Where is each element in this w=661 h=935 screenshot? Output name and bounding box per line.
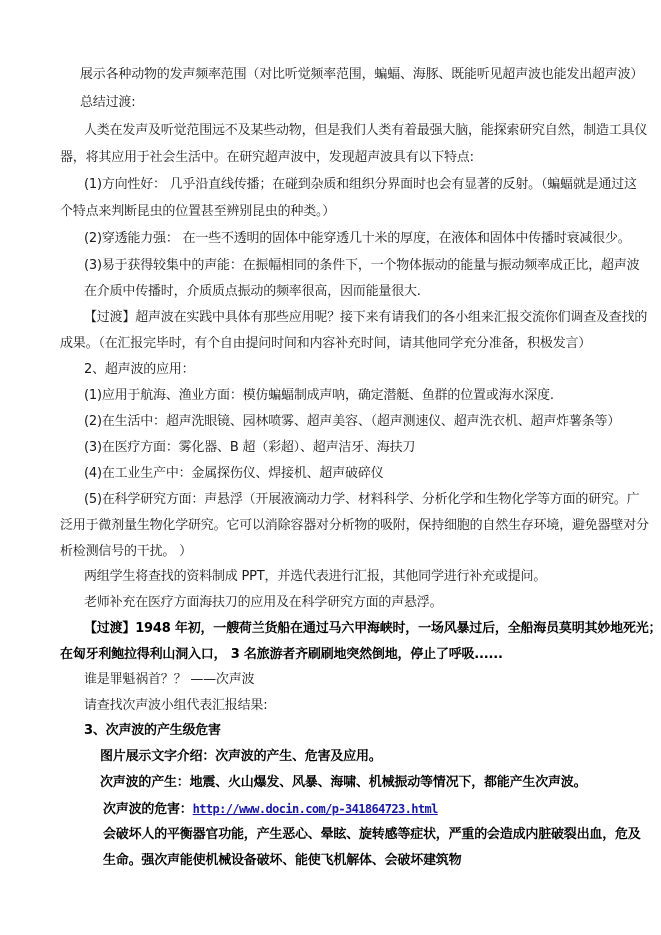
text-line: 3、次声波的产生级危害 <box>84 723 221 739</box>
text-line: 展示各种动物的发声频率范围（对比听觉频率范围，蝙蝠、海豚、既能听见超声波也能发出… <box>80 67 643 83</box>
text-line: 会破坏人的平衡器官功能，产生恶心、晕眩、旋转感等症状，严重的会造成内脏破裂出血，… <box>103 827 641 843</box>
text-line: 析检测信号的干扰。 ） <box>60 544 192 560</box>
text-line: 两组学生将查找的资料制成 PPT，并选代表进行汇报，其他同学进行补充或提问。 <box>84 569 546 585</box>
text-line: 次声波的产生：地震、火山爆发、风暴、海啸、机械振动等情况下，都能产生次声波。 <box>100 775 586 791</box>
text-line: (1)应用于航海、渔业方面：模仿蝙蝠制成声呐，确定潜艇、鱼群的位置或海水深度. <box>84 388 554 404</box>
text-line: 人类在发声及听觉范围远不及某些动物，但是我们人类有着最强大脑，能探索研究自然，制… <box>84 123 647 139</box>
text-line: (5)在科学研究方面：声悬浮（开展液滴动力学、材料科学、分析化学和生物化学等方面… <box>84 492 639 508</box>
text-line: (4)在工业生产中：金属探伤仪、焊接机、超声破碎仪 <box>84 466 383 482</box>
text-line: 谁是罪魁祸首？？ ——次声波 <box>84 672 254 688</box>
text-line: 器，将其应用于社会生活中。在研究超声波中，发现超声波具有以下特点: <box>60 150 474 166</box>
text-line: 生命。强次声能使机械设备破坏、能使飞机解体、会破坏建筑物 <box>103 853 461 869</box>
text-line: (3)易于获得较集中的声能：在振幅相同的条件下，一个物体振动的能量与振动频率成正… <box>84 258 639 274</box>
document-page: 展示各种动物的发声频率范围（对比听觉频率范围，蝙蝠、海豚、既能听见超声波也能发出… <box>0 0 661 935</box>
text-line: 老师补充在医疗方面海扶刀的应用及在科学研究方面的声悬浮。 <box>84 595 442 611</box>
text-line: (1)方向性好： 几乎沿直线传播；在碰到杂质和组织分界面时也会有显著的反射。（蝙… <box>84 177 637 193</box>
text-line: (2)在生活中：超声洗眼镜、园林喷雾、超声美容、（超声测速仪、超声洗衣机、超声炸… <box>84 414 620 430</box>
text-line: 【过渡】1948 年初，一艘荷兰货船在通过马六甲海峡时，一场风暴过后，全船海员莫… <box>84 621 661 637</box>
text-line: 在介质中传播时，介质质点振动的频率很高，因而能量很大. <box>84 284 421 300</box>
text-line: 个特点来判断昆虫的位置甚至辨别昆虫的种类。） <box>60 204 335 220</box>
text-line: 2、超声波的应用： <box>84 362 194 378</box>
reference-link[interactable]: http://www.docin.com/p-341864723.html <box>193 802 438 816</box>
text-line: 图片展示文字介绍：次声波的产生、危害及应用。 <box>100 749 382 765</box>
text-line: 成果。（在汇报完毕时，有个自由提问时间和内容补充时间，请其他同学充分准备，积极发… <box>60 336 591 352</box>
hazard-label: 次声波的危害： <box>103 802 193 817</box>
text-line: 泛用于微剂量生物化学研究。它可以消除容器对分析物的吸附，保持细胞的自然生存环境，… <box>60 518 649 534</box>
text-line: 总结过渡: <box>80 95 135 111</box>
text-line: (3)在医疗方面：雾化器、B 超（彩超）、超声洁牙、海扶刀 <box>84 440 415 456</box>
text-line: 请查找次声波小组代表汇报结果: <box>84 698 267 714</box>
text-line: (2)穿透能力强： 在一些不透明的固体中能穿透几十米的厚度，在液体和固体中传播时… <box>84 231 631 247</box>
text-line: 【过渡】超声波在实践中具体有那些应用呢？接下来有请我们的各小组来汇报交流你们调查… <box>84 310 647 326</box>
hazard-line: 次声波的危害：http://www.docin.com/p-341864723.… <box>103 801 438 818</box>
text-line: 在匈牙利鲍拉得利山洞入口， 3 名旅游者齐刷刷地突然倒地，停止了呼吸...... <box>60 647 503 663</box>
